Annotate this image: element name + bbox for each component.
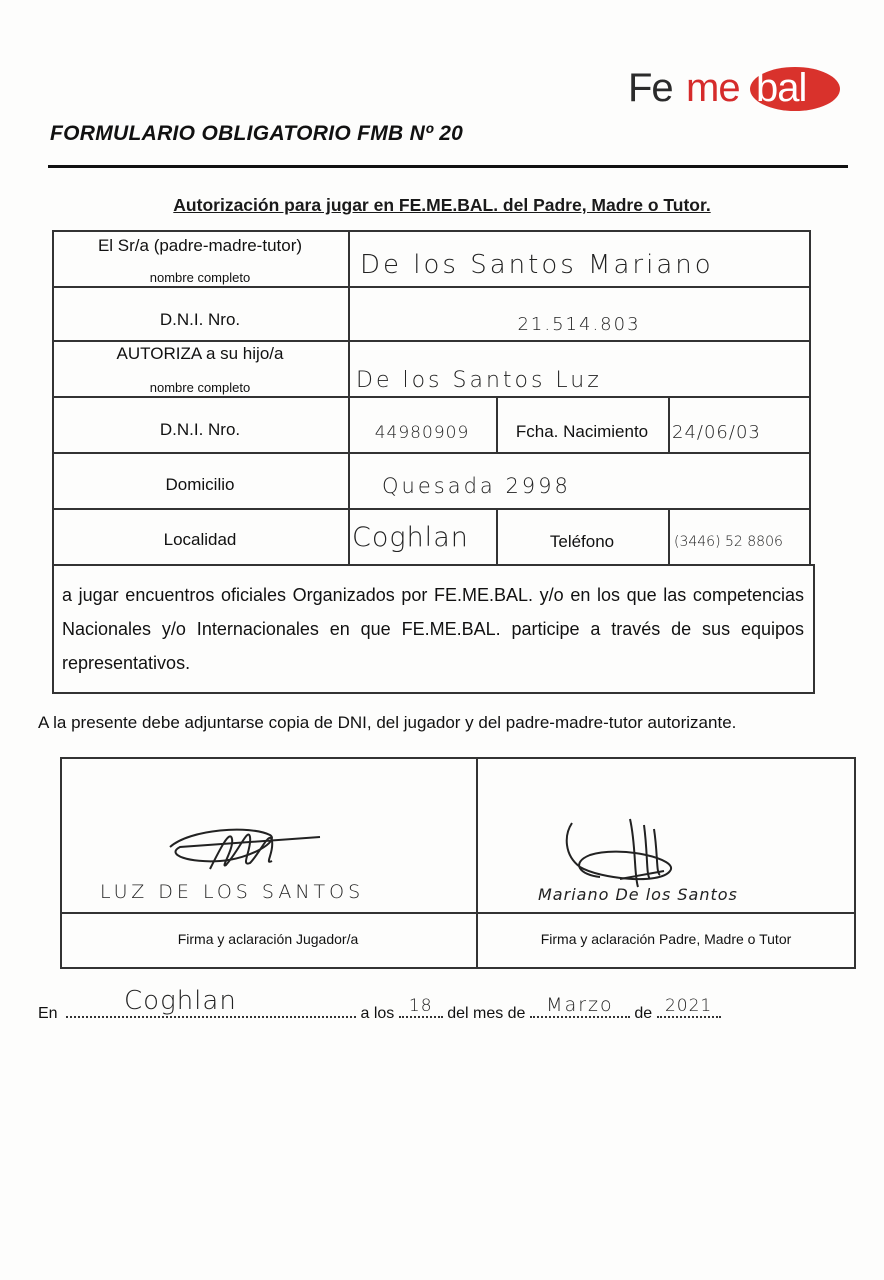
birth-date-label: Fcha. Nacimiento <box>496 422 668 442</box>
guardian-name-field[interactable]: De los Santos Mariano <box>360 250 714 280</box>
form-title: FORMULARIO OBLIGATORIO FMB Nº 20 <box>50 122 463 146</box>
birth-date-field[interactable]: 24/06/03 <box>672 422 761 443</box>
attachment-note: A la presente debe adjuntarse copia de D… <box>38 713 736 733</box>
date-line: En Coghlan a los 18 del mes de Marzo de … <box>38 998 721 1023</box>
player-clarification: LUZ DE LOS SANTOS <box>100 881 364 903</box>
child-name-field[interactable]: De los Santos Luz <box>356 368 602 393</box>
en-label: En <box>38 1005 58 1022</box>
month-field[interactable]: Marzo <box>530 998 630 1018</box>
player-signature-label: Firma y aclaración Jugador/a <box>60 931 476 947</box>
day-field[interactable]: 18 <box>399 998 443 1018</box>
form-subtitle: Autorización para jugar en FE.ME.BAL. de… <box>0 195 884 216</box>
guardian-signature-label: Firma y aclaración Padre, Madre o Tutor <box>476 931 856 947</box>
child-dni-field[interactable]: 44980909 <box>348 423 496 443</box>
address-label: Domicilio <box>52 475 348 495</box>
phone-field[interactable]: (3446) 52 8806 <box>674 534 783 550</box>
place-field[interactable]: Coghlan <box>66 998 356 1018</box>
child-label: AUTORIZA a su hijo/a <box>52 344 348 364</box>
guardian-sublabel: nombre completo <box>52 270 348 285</box>
logo-text-me: me <box>686 66 740 111</box>
guardian-label: El Sr/a (padre-madre-tutor) <box>52 236 348 256</box>
child-dni-label: D.N.I. Nro. <box>52 420 348 440</box>
de-label: de <box>634 1005 652 1022</box>
a-los-label: a los <box>360 1005 394 1022</box>
guardian-signature <box>560 815 690 895</box>
logo-text-fe: Fe <box>628 66 673 111</box>
title-divider <box>48 165 848 168</box>
player-signature <box>160 819 330 879</box>
child-sublabel: nombre completo <box>52 380 348 395</box>
phone-label: Teléfono <box>496 532 668 552</box>
femebal-logo: Fe me bal <box>628 64 843 114</box>
locality-field[interactable]: Coghlan <box>352 522 469 553</box>
guardian-dni-field[interactable]: 21.514.803 <box>348 314 810 335</box>
mes-label: del mes de <box>447 1005 525 1022</box>
locality-label: Localidad <box>52 530 348 550</box>
year-field[interactable]: 2021 <box>657 998 721 1018</box>
guardian-clarification: Mariano De los Santos <box>538 885 738 904</box>
signature-table: LUZ DE LOS SANTOS Mariano De los Santos … <box>60 757 856 969</box>
authorization-text: a jugar encuentros oficiales Organizados… <box>62 578 804 680</box>
guardian-dni-label: D.N.I. Nro. <box>52 310 348 330</box>
logo-text-bal: bal <box>756 66 806 111</box>
address-field[interactable]: Quesada 2998 <box>382 474 571 498</box>
